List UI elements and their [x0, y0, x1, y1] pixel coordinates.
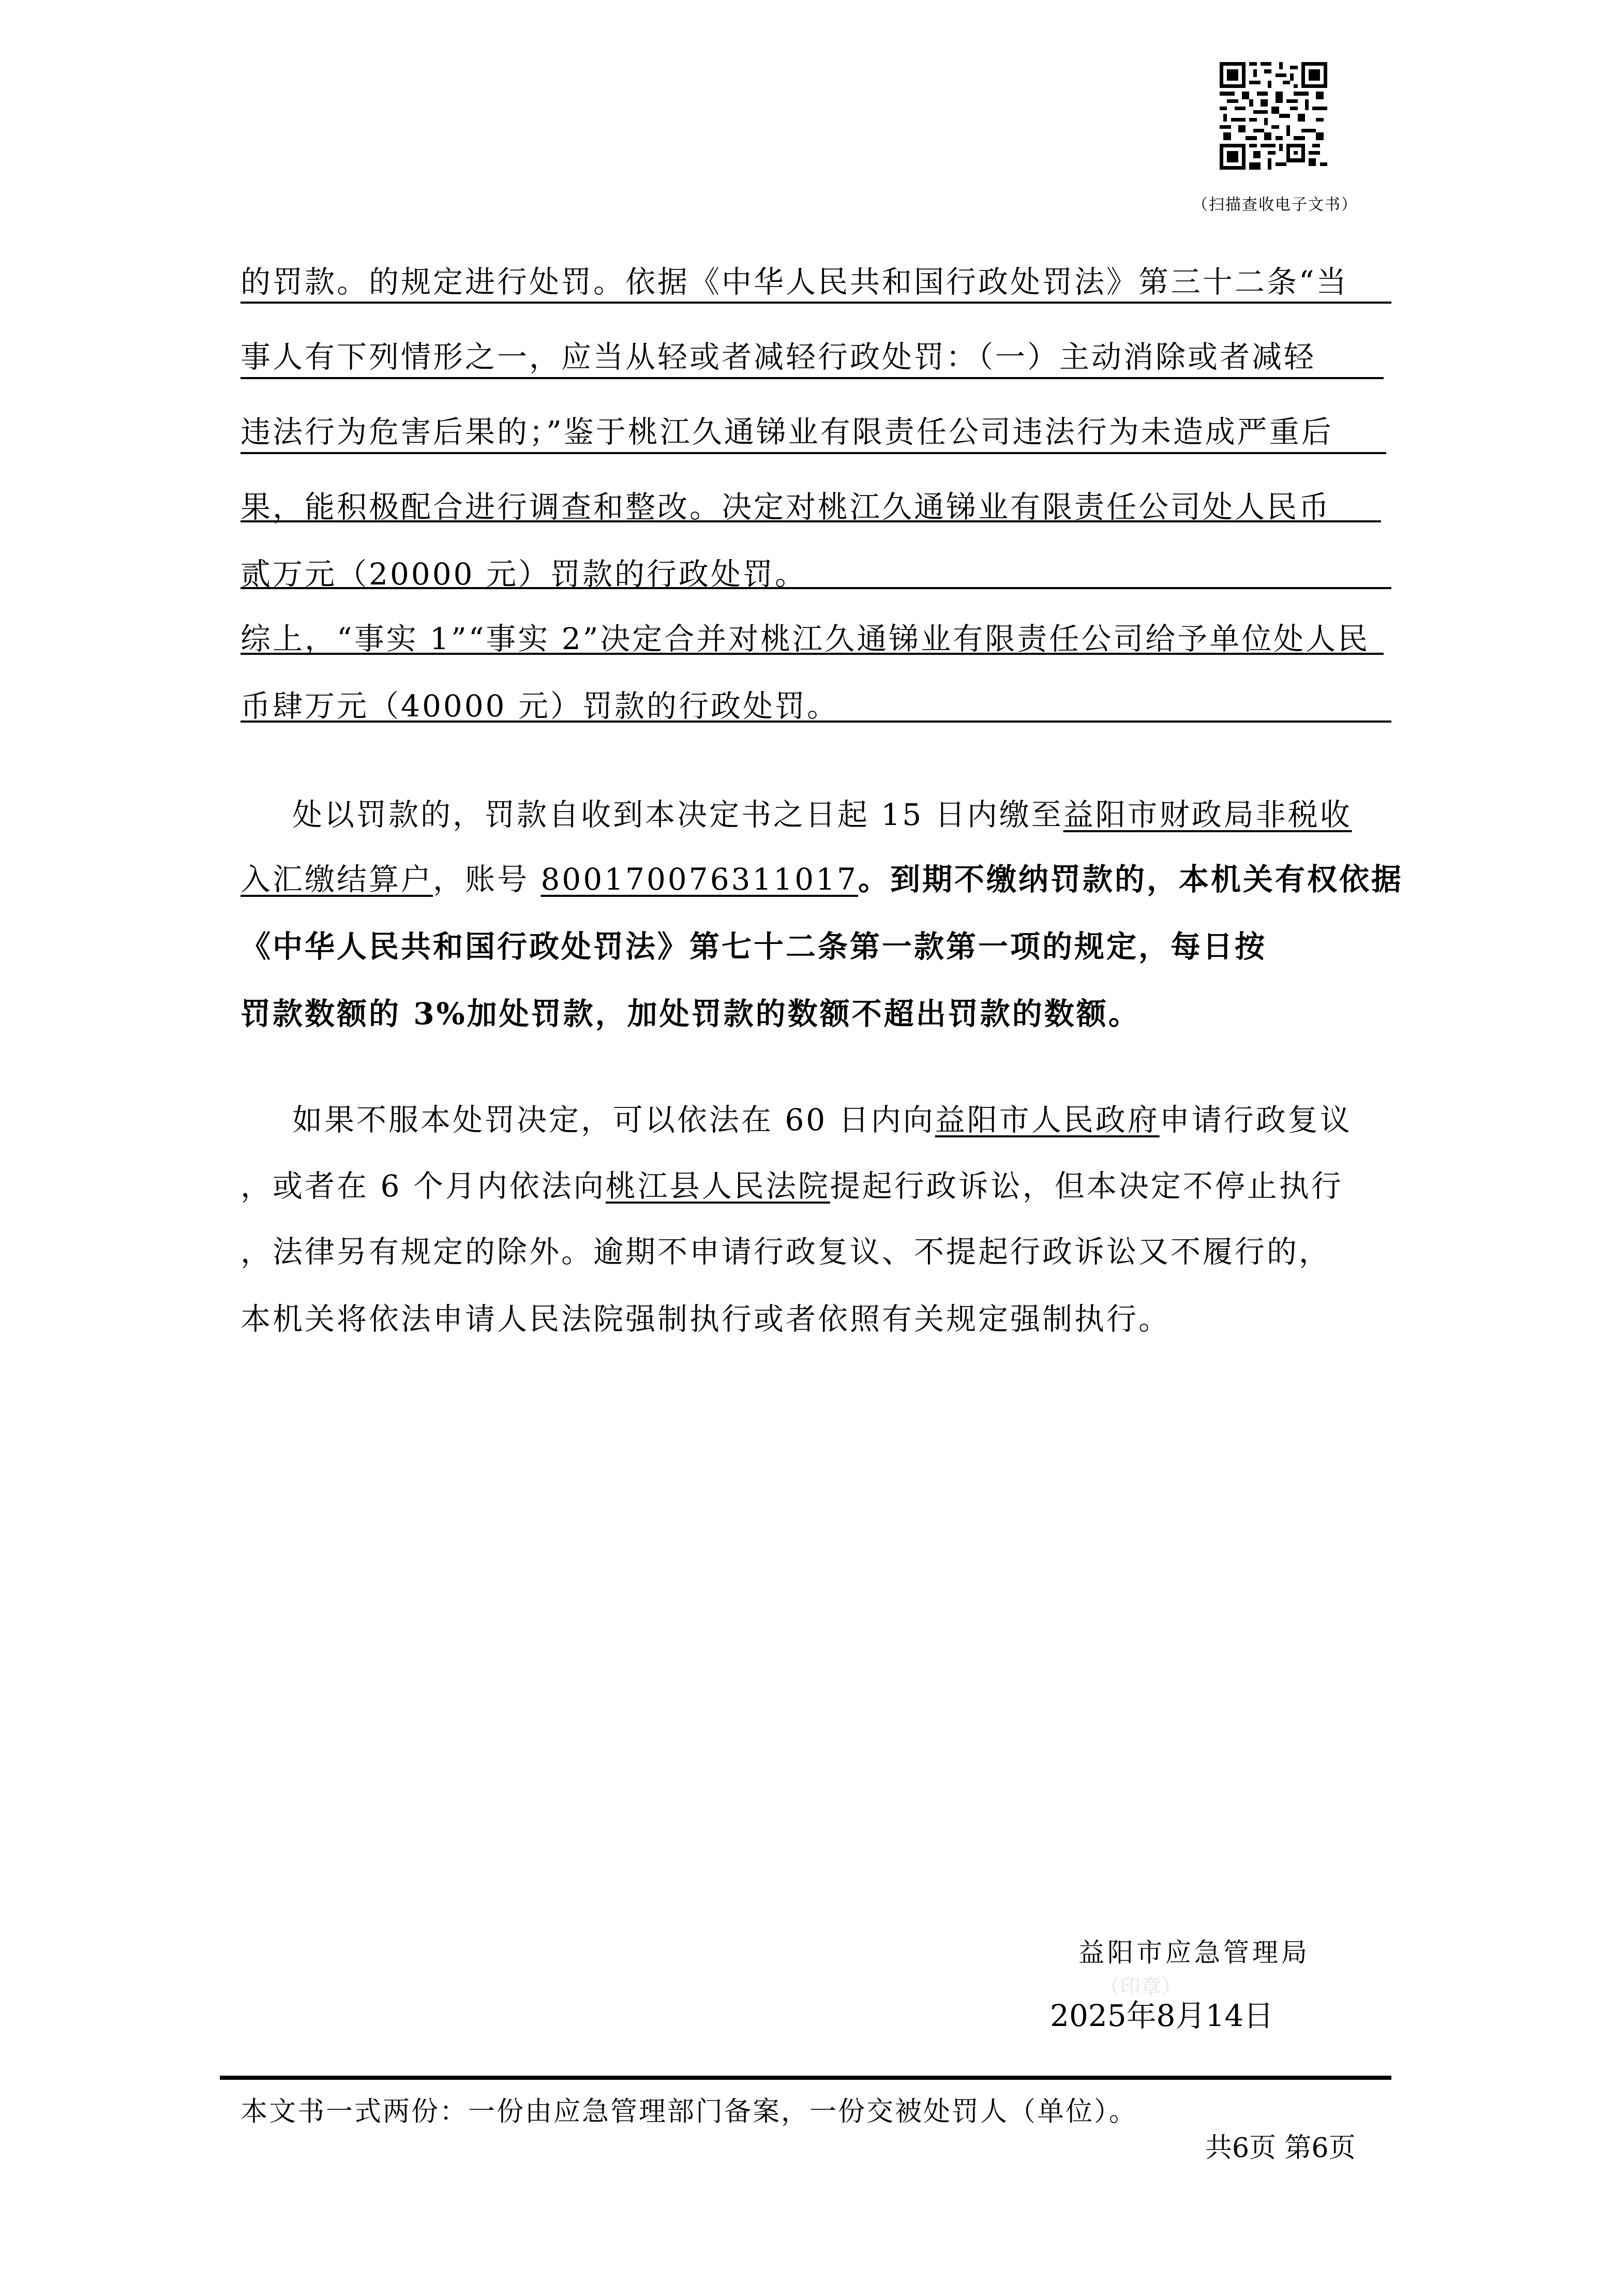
underline-rule — [241, 587, 1391, 589]
underline-rule — [241, 452, 1386, 454]
appeal-line-4: 本机关将依法申请人民法院强制执行或者依照有关规定强制执行。 — [241, 1301, 1171, 1337]
footer-divider — [220, 2076, 1391, 2080]
underline-rule — [241, 520, 1381, 522]
payee-account-type: 入汇缴结算户 — [241, 862, 433, 897]
underline-rule — [241, 377, 1384, 379]
qr-caption: （扫描查收电子文书） — [1192, 191, 1358, 214]
appeal-text: 提起行政诉讼，但本决定不停止执行 — [830, 1168, 1343, 1204]
payment-line-3: 《中华人民共和国行政处罚法》第七十二条第一款第一项的规定，每日按 — [241, 928, 1267, 965]
underline-rule — [241, 653, 1384, 655]
issue-date: 2025年8月14日 — [1050, 1991, 1273, 2035]
payee-account-name: 益阳市财政局非税收 — [1063, 797, 1352, 832]
appeal-line-3: ，法律另有规定的除外。逾期不申请行政复议、不提起行政诉讼又不履行的， — [241, 1234, 1331, 1270]
reasoning-line: 币肆万元（40000 元）罚款的行政处罚。 — [241, 688, 839, 724]
late-payment-warning: 。到期不缴纳罚款的，本机关有权依据 — [858, 862, 1403, 897]
underline-rule — [241, 302, 1391, 304]
copies-note: 本文书一式两份：一份由应急管理部门备案，一份交被处罚人（单位）。 — [241, 2090, 1137, 2128]
payment-line-4: 罚款数额的 3%加处罚款，加处罚款的数额不超出罚款的数额。 — [241, 996, 1141, 1032]
reasoning-line: 事人有下列情形之一，应当从轻或者减轻行政处罚：（一）主动消除或者减轻 — [241, 339, 1316, 375]
payment-line-1: 处以罚款的，罚款自收到本决定书之日起 15 日内缴至益阳市财政局非税收 — [292, 797, 1352, 833]
account-number: 800170076311017 — [541, 862, 858, 897]
reasoning-line: 违法行为危害后果的；”鉴于桃江久通锑业有限责任公司违法行为未造成严重后 — [241, 414, 1333, 450]
appeal-line-1: 如果不服本处罚决定，可以依法在 60 日内向益阳市人民政府申请行政复议 — [292, 1102, 1352, 1138]
page-indicator: 共6页 第6页 — [1205, 2126, 1356, 2165]
appeal-text: 如果不服本处罚决定，可以依法在 60 日内向 — [292, 1102, 935, 1137]
reasoning-line: 综上，“事实 1”“事实 2”决定合并对桃江久通锑业有限责任公司给予单位处人民 — [241, 621, 1370, 657]
appeal-text: 申请行政复议 — [1160, 1102, 1352, 1137]
review-authority: 益阳市人民政府 — [935, 1102, 1160, 1137]
underline-rule — [241, 721, 1391, 723]
reasoning-line: 的罚款。的规定进行处罚。依据《中华人民共和国行政处罚法》第三十二条“当 — [241, 264, 1348, 300]
account-label: ，账号 — [433, 862, 541, 897]
appeal-text: ，或者在 6 个月内依法向 — [241, 1168, 606, 1204]
court-name: 桃江县人民法院 — [606, 1168, 830, 1204]
appeal-line-2: ，或者在 6 个月内依法向桃江县人民法院提起行政诉讼，但本决定不停止执行 — [241, 1168, 1343, 1204]
qr-code-icon[interactable] — [1217, 62, 1330, 170]
payment-text: 处以罚款的，罚款自收到本决定书之日起 15 日内缴至 — [292, 797, 1063, 832]
issuing-organization: 益阳市应急管理局 — [1078, 1932, 1310, 1969]
payment-line-2: 入汇缴结算户，账号 800170076311017。到期不缴纳罚款的，本机关有权… — [241, 861, 1403, 897]
reasoning-line: 果，能积极配合进行调查和整改。决定对桃江久通锑业有限责任公司处人民币 — [241, 489, 1331, 525]
